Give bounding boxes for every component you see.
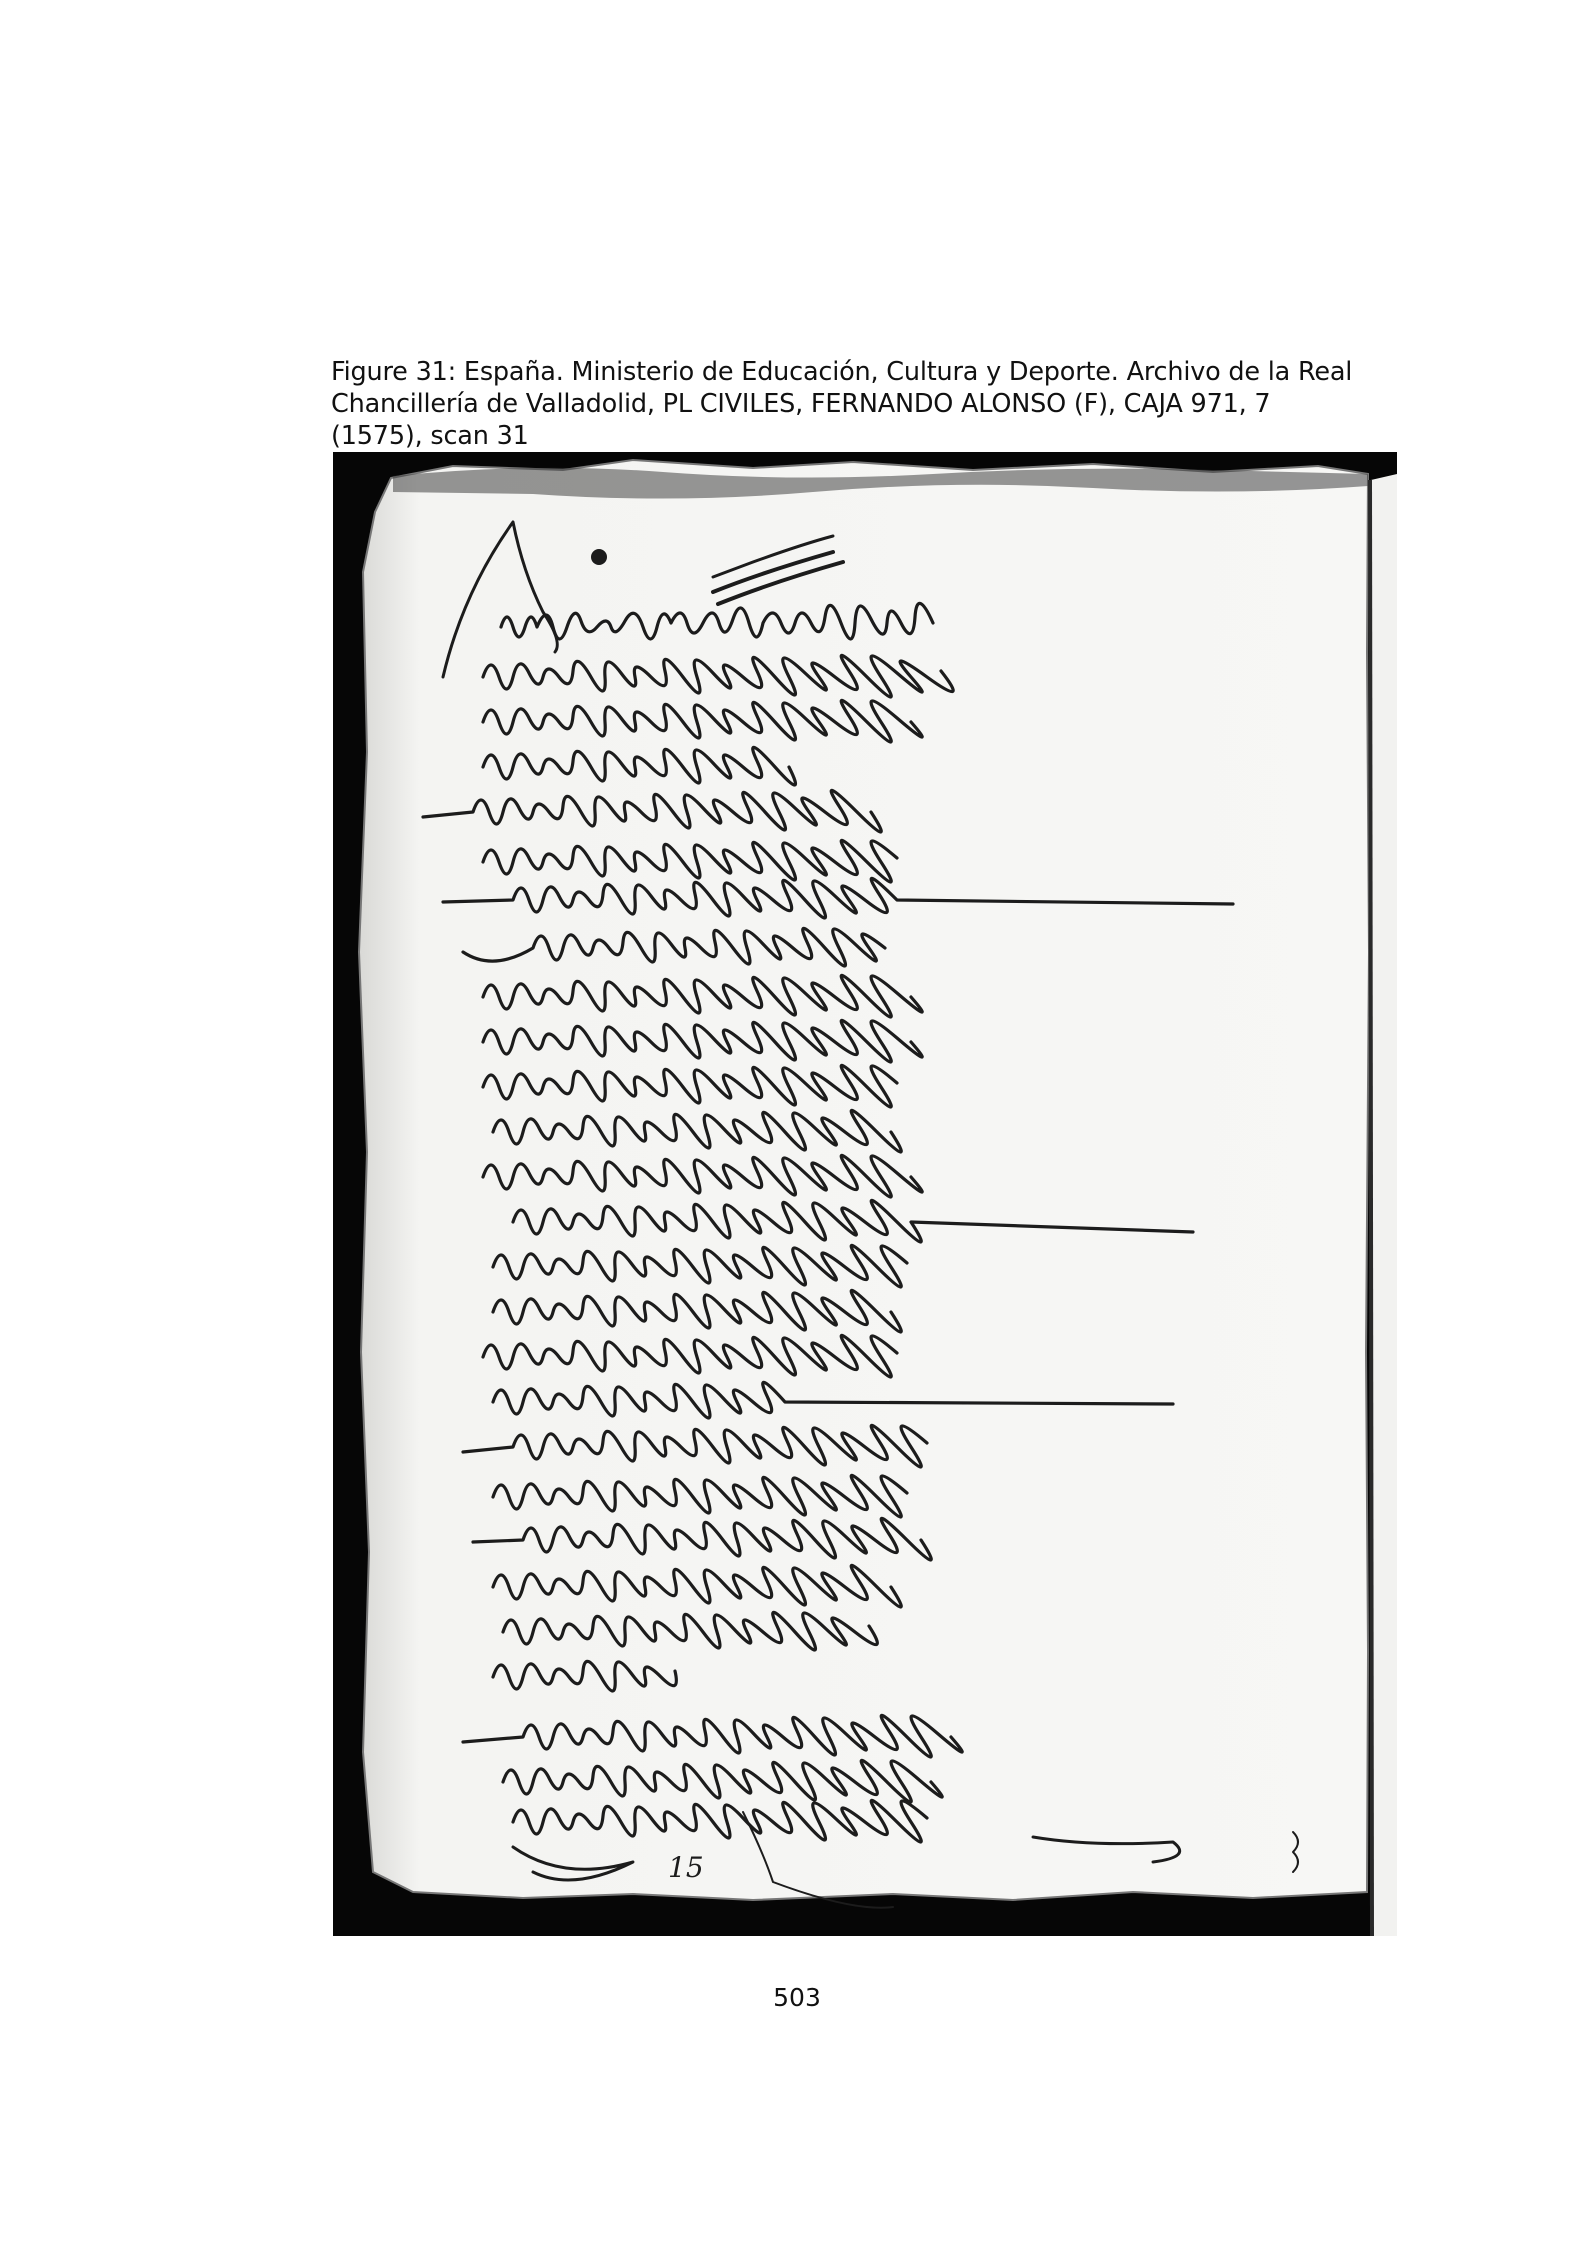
page-number: 503 <box>0 1983 1594 2012</box>
caption-line-1: Figure 31: España. Ministerio de Educaci… <box>331 356 1401 388</box>
folio-number: 15 <box>668 1851 704 1884</box>
manuscript-scan-image: 15 <box>333 452 1397 1936</box>
adjacent-page-strip <box>1371 474 1397 1936</box>
figure-caption: Figure 31: España. Ministerio de Educaci… <box>331 356 1401 452</box>
page-fold-line <box>1370 480 1372 1936</box>
caption-line-2: Chancillería de Valladolid, PL CIVILES, … <box>331 388 1401 420</box>
caption-line-3: (1575), scan 31 <box>331 420 1401 452</box>
manuscript-illustration: 15 <box>333 452 1397 1936</box>
